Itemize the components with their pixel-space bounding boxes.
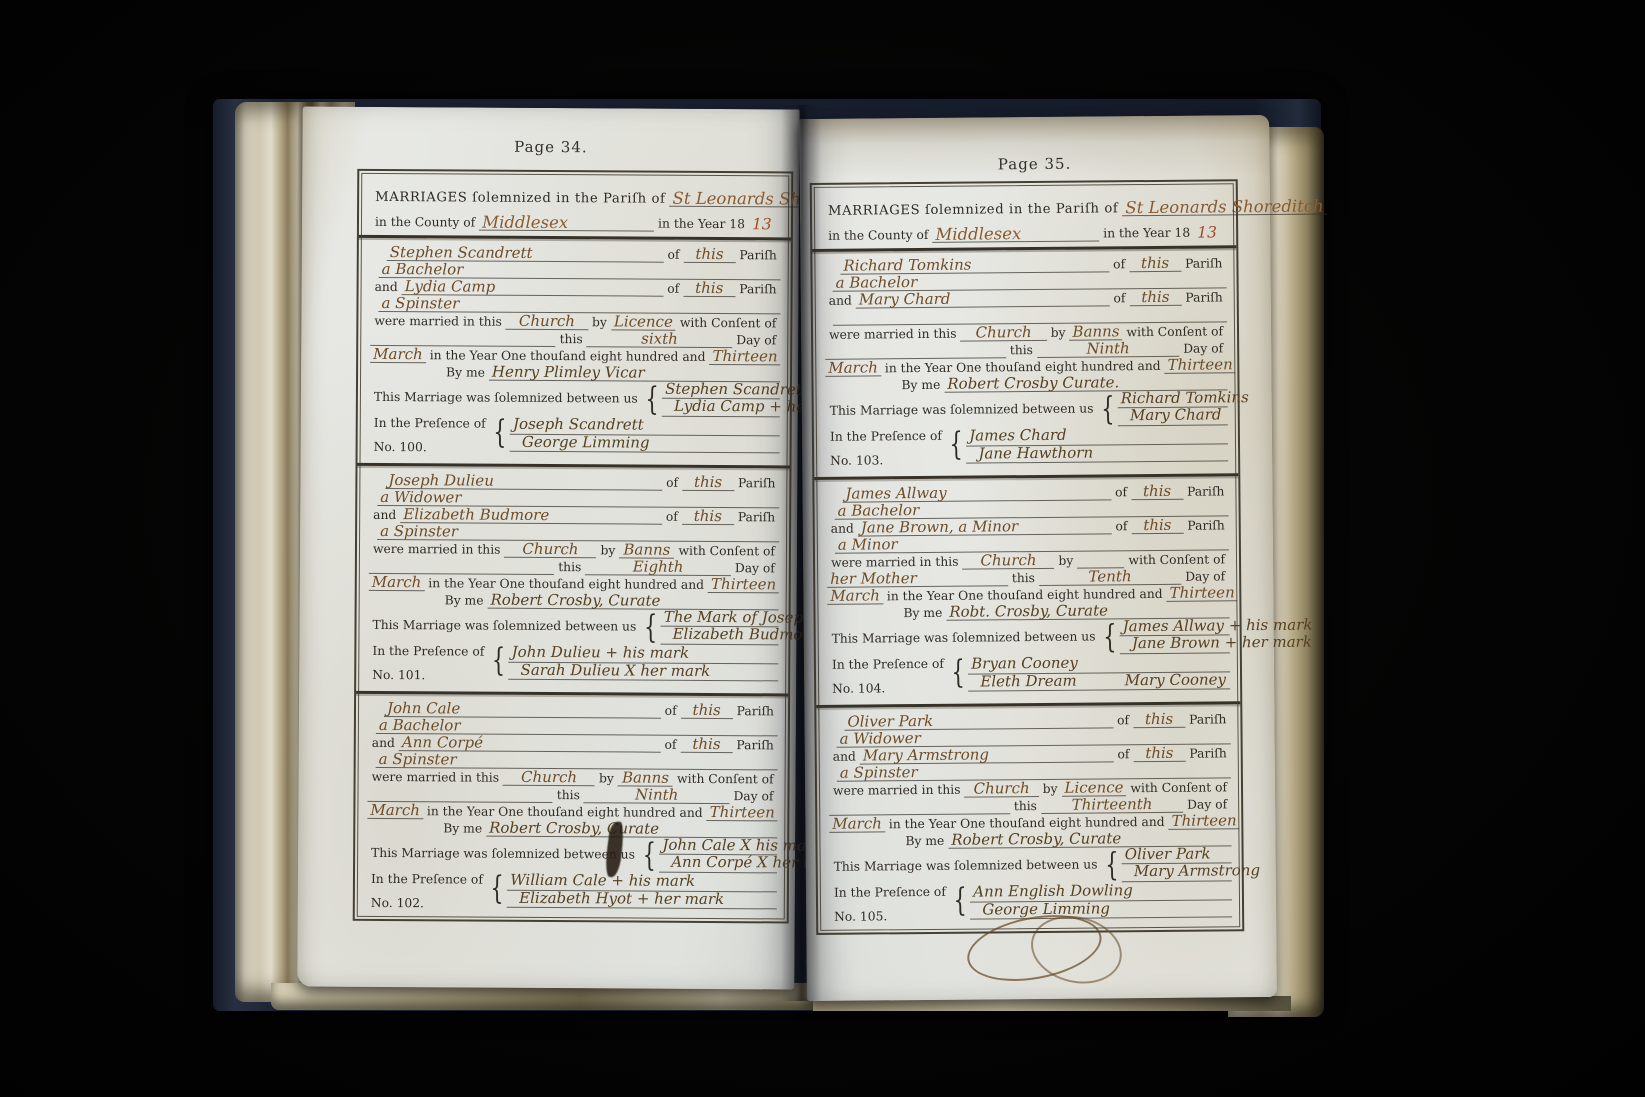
witness-2-signature: Jane Hawthorn [966, 444, 1228, 464]
marriage-entry: John Cale of this Pariſh a Bachelor and … [355, 691, 788, 922]
entry-number: No. 102. [367, 896, 487, 912]
groom-status-handwriting: a Widower [377, 490, 464, 507]
header-printed-text: MARRIAGES ſolemnized in the Pariſh of [824, 201, 1123, 219]
presence-label: In the Preſence of [830, 885, 950, 901]
by-method-handwriting: Banns [619, 542, 674, 558]
groom-line: James Allway of this Pariſh [826, 482, 1228, 503]
of-label: of [1111, 519, 1131, 534]
presence-left-column: In the Preſence of No. 104. [828, 657, 948, 698]
and-label: and [829, 750, 860, 765]
married-line: were married in this Church by Banns wit… [369, 540, 779, 560]
witness-signatures: Joseph Scandrett George Limming [510, 417, 780, 454]
month-handwriting: March [369, 575, 425, 591]
bride-status-handwriting: a Spinster [376, 752, 460, 769]
parish-label: Pariſh [1185, 746, 1230, 761]
married-in-label: were married in this [829, 783, 965, 799]
this-handwriting: this [681, 703, 733, 719]
this-handwriting: this [682, 509, 734, 525]
photo-background: Page 34. MARRIAGES ſolemnized in the Par… [0, 0, 1645, 1097]
marriage-entry: James Allway of this Pariſh a Bachelor a… [814, 473, 1240, 705]
curly-brace: { [953, 885, 966, 915]
presence-label: In the Preſence of [826, 429, 946, 445]
page-number: Page 34. [302, 136, 799, 157]
couple-signatures: John Cale X his mark Ann Corpé X her mar… [659, 837, 777, 873]
form-header: MARRIAGES ſolemnized in the Pariſh of St… [812, 181, 1237, 252]
by-label: by [1039, 782, 1062, 797]
church-handwriting: Church [964, 781, 1038, 798]
curly-brace: { [493, 417, 506, 447]
consent-label: with Conſent of [673, 772, 778, 788]
day-handwriting: sixth [587, 331, 733, 348]
by-me-label: By me [901, 834, 948, 849]
bride-status-handwriting: a Spinster [837, 765, 921, 782]
curly-brace: { [645, 384, 658, 414]
groom-name-handwriting: Oliver Park [844, 714, 936, 731]
solemnized-label: This Marriage was ſolemnized between us [830, 857, 1102, 874]
groom-name-handwriting: John Cale [384, 701, 463, 717]
day-handwriting: Thirteenth [1041, 797, 1183, 814]
this-handwriting: this [682, 475, 734, 491]
of-label: of [663, 282, 683, 297]
form-header: MARRIAGES ſolemnized in the Pariſh of St… [359, 171, 791, 241]
this-handwriting: this [683, 281, 735, 297]
this-label: this [1010, 799, 1041, 814]
of-label: of [661, 704, 681, 719]
presence-line: In the Preſence of No. 102. { William Ca… [367, 872, 777, 915]
parish-label: Pariſh [733, 704, 778, 719]
consent-label: with Conſent of [1124, 552, 1229, 568]
church-handwriting: Church [960, 325, 1046, 342]
groom-line: Oliver Park of this Pariſh [828, 710, 1230, 731]
day-of-label: Day of [729, 789, 777, 804]
couple-signatures: James Allway + his mark Jane Brown + her… [1120, 618, 1230, 654]
this-label: this [553, 788, 584, 803]
witness-2-name: Sarah Dulieu X her mark [521, 660, 711, 679]
entry-number: No. 101. [368, 668, 488, 684]
day-handwriting: Tenth [1039, 569, 1181, 586]
month-handwriting: March [827, 588, 883, 604]
this-handwriting: this [683, 247, 735, 263]
page-number: Page 35. [799, 153, 1269, 175]
bride-signature: Elizabeth Budmore + her mark [661, 627, 779, 645]
entry-number: No. 100. [370, 440, 490, 456]
parish-label: Pariſh [734, 476, 779, 491]
curly-brace: { [949, 429, 962, 459]
witness-3-name: Mary Cooney [1125, 670, 1226, 689]
presence-label: In the Preſence of [368, 644, 488, 660]
year-word-handwriting: Thirteen [708, 577, 779, 593]
bride-status-handwriting: a Spinster [377, 524, 461, 541]
groom-line: Richard Tomkins of this Pariſh [824, 254, 1226, 275]
bride-signature: Jane Brown + her mark [1120, 635, 1230, 653]
married-line: were married in this Church by Banns wit… [368, 768, 778, 788]
bride-line: and Jane Brown, a Minor of this Pariſh [827, 516, 1229, 537]
county-label: in the County of [824, 228, 932, 244]
this-handwriting: this [1131, 484, 1183, 500]
curly-brace: { [492, 645, 505, 675]
and-label: and [825, 294, 856, 309]
groom-status-handwriting: a Bachelor [376, 718, 464, 735]
year-label: in the Year 18 [654, 217, 749, 233]
entries-left: Stephen Scandrett of this Pariſh a Bache… [355, 238, 791, 922]
by-label: by [1047, 326, 1070, 341]
consent-day-line: this Eighth Day of [369, 557, 779, 577]
this-label: this [554, 560, 585, 575]
curly-brace: { [1105, 849, 1118, 879]
this-handwriting: this [1131, 518, 1183, 534]
day-handwriting: Eighth [585, 559, 731, 576]
bride-status-handwriting: a Spinster [378, 296, 462, 313]
entries-right: Richard Tomkins of this Pariſh a Bachelo… [812, 248, 1242, 933]
parish-label: Pariſh [732, 738, 777, 753]
curly-brace: { [1101, 393, 1114, 423]
and-label: and [827, 522, 858, 537]
married-line: were married in this Church by Licence w… [370, 312, 780, 332]
marriage-entry: Stephen Scandrett of this Pariſh a Bache… [358, 238, 791, 466]
witness-signatures: Bryan Cooney Eleth DreamMary Cooney [968, 654, 1230, 691]
witness-2-signature: Sarah Dulieu X her mark [509, 662, 779, 681]
header-line-county-year: in the County of Middlesex in the Year 1… [824, 215, 1226, 244]
solemnized-line: This Marriage was ſolemnized between us … [367, 836, 777, 873]
witness-2-signature: Eleth DreamMary Cooney [968, 672, 1230, 692]
groom-name-handwriting: James Allway [842, 486, 949, 503]
solemnized-label: This Marriage was ſolemnized between us [367, 845, 639, 862]
witness-signatures: John Dulieu + his mark Sarah Dulieu X he… [509, 645, 779, 682]
and-label: and [369, 508, 400, 523]
parish-label: Pariſh [1183, 484, 1228, 499]
married-in-label: were married in this [370, 314, 506, 330]
blank-line [571, 230, 654, 232]
couple-signatures: Richard Tomkins Mary Chard [1118, 390, 1228, 426]
day-of-label: Day of [731, 561, 779, 576]
witness-2-name: George Limming [982, 899, 1110, 918]
year-word-handwriting: Thirteen [707, 805, 778, 821]
month-handwriting: March [829, 816, 885, 832]
presence-line: In the Preſence of No. 103. { James Char… [826, 426, 1228, 470]
year-handwriting: 13 [749, 217, 781, 232]
county-label: in the County of [371, 215, 479, 231]
marriage-register-book: Page 34. MARRIAGES ſolemnized in the Par… [213, 93, 1321, 1015]
consent-label: with Conſent of [676, 316, 781, 332]
parish-label: Pariſh [1185, 712, 1230, 727]
couple-signatures: The Mark of Joseph Dulieu Elizabeth Budm… [661, 609, 779, 645]
bride-status-line: a Spinster [370, 295, 780, 315]
by-method-handwriting: Licence [611, 314, 676, 330]
curly-brace: { [642, 840, 655, 870]
consent-label: with Conſent of [1122, 324, 1227, 340]
this-handwriting: this [680, 737, 732, 753]
presence-label: In the Preſence of [367, 872, 487, 888]
presence-left-column: In the Preſence of No. 105. [830, 885, 950, 926]
this-label: this [556, 332, 587, 347]
county-handwriting: Middlesex [932, 226, 1024, 243]
of-label: of [1111, 485, 1131, 500]
married-in-label: were married in this [369, 542, 505, 558]
consent-day-line: this Ninth Day of [367, 785, 777, 805]
bride-signature: Ann Corpé X her mark [659, 855, 777, 873]
by-label: by [1054, 554, 1077, 569]
entry-number: No. 104. [828, 681, 948, 697]
header-printed-text: MARRIAGES ſolemnized in the Pariſh of [371, 190, 669, 207]
married-line: were married in this Church by Licence w… [829, 778, 1231, 799]
witness-signatures: James Chard Jane Hawthorn [966, 426, 1228, 463]
of-label: of [1113, 713, 1133, 728]
year-word-handwriting: Thirteen [709, 349, 780, 365]
by-label: by [596, 543, 619, 558]
consent-by-handwriting: her Mother [827, 570, 1008, 588]
by-method-handwriting: Licence [1061, 780, 1126, 797]
marriage-form: MARRIAGES ſolemnized in the Pariſh of St… [353, 169, 794, 924]
parish-label: Pariſh [735, 282, 780, 297]
presence-left-column: In the Preſence of No. 101. [368, 644, 488, 685]
marriage-form: MARRIAGES ſolemnized in the Pariſh of St… [810, 179, 1245, 935]
by-me-label: By me [442, 365, 489, 380]
register-page-right: Page 35. MARRIAGES ſolemnized in the Par… [799, 115, 1277, 1001]
witness-2-signature: George Limming [510, 434, 780, 453]
by-method-handwriting: Banns [1069, 324, 1122, 340]
parish-label: Pariſh [1181, 290, 1226, 305]
header-line-parish: MARRIAGES ſolemnized in the Pariſh of St… [371, 180, 781, 208]
parish-label: Pariſh [1183, 518, 1228, 533]
parish-label: Pariſh [734, 510, 779, 525]
of-label: of [662, 476, 682, 491]
presence-left-column: In the Preſence of No. 100. [370, 416, 490, 457]
solemnized-label: This Marriage was ſolemnized between us [368, 617, 640, 634]
day-of-label: Day of [732, 333, 780, 348]
of-label: of [662, 510, 682, 525]
witness-2-name: Jane Hawthorn [978, 443, 1093, 462]
bride-status-handwriting: a Minor [835, 537, 901, 554]
witness-2-name: Elizabeth Hyot + her mark [519, 888, 724, 907]
year-word-handwriting: Thirteen [1165, 357, 1236, 374]
this-label: this [1008, 571, 1039, 586]
marriage-entry: Joseph Dulieu of this Pariſh a Widower a… [356, 463, 789, 694]
witness-2-signature: Elizabeth Hyot + her mark [507, 890, 777, 909]
month-handwriting: March [367, 803, 423, 819]
married-line: were married in this Church by with Conſ… [827, 550, 1229, 571]
witness-2-name: Eleth Dream [980, 671, 1076, 690]
curly-brace: { [951, 657, 964, 687]
month-handwriting: March [825, 360, 881, 376]
solemnized-line: This Marriage was ſolemnized between us … [826, 390, 1228, 428]
register-page-left: Page 34. MARRIAGES ſolemnized in the Par… [297, 106, 799, 989]
solemnized-line: This Marriage was ſolemnized between us … [370, 380, 780, 417]
presence-label: In the Preſence of [370, 416, 490, 432]
parish-name-handwriting: St Leonards Shoreditch [1122, 198, 1326, 216]
year-handwriting: 13 [1194, 225, 1226, 240]
presence-left-column: In the Preſence of No. 103. [826, 429, 946, 470]
presence-label: In the Preſence of [828, 657, 948, 673]
year-label: in the Year 18 [1099, 226, 1194, 242]
solemnized-line: This Marriage was ſolemnized between us … [830, 846, 1232, 884]
and-label: and [371, 280, 402, 295]
presence-line: In the Preſence of No. 104. { Bryan Coon… [828, 654, 1230, 698]
bride-name-handwriting: Mary Armstrong [860, 747, 992, 764]
witness-signatures: William Cale + his mark Elizabeth Hyot +… [507, 873, 777, 910]
by-me-label: By me [441, 593, 488, 608]
bride-signature: Mary Armstrong [1122, 863, 1232, 881]
entry-number: No. 105. [830, 909, 950, 925]
bride-name-handwriting: Jane Brown, a Minor [858, 519, 1021, 536]
church-handwriting: Church [506, 314, 588, 331]
groom-status-handwriting: a Bachelor [379, 262, 467, 279]
of-label: of [1109, 257, 1129, 272]
bride-line: and Mary Armstrong of this Pariſh [829, 744, 1231, 765]
bride-signature: Lydia Camp + her mark [662, 399, 780, 417]
married-line: were married in this Church by Banns wit… [825, 322, 1227, 343]
presence-line: In the Preſence of No. 105. { Ann Englis… [830, 882, 1232, 926]
month-handwriting: March [370, 347, 426, 363]
bride-status-line: a Spinster [829, 761, 1231, 782]
solemnized-label: This Marriage was ſolemnized between us [828, 629, 1100, 646]
by-me-label: By me [899, 606, 946, 621]
header-line-parish: MARRIAGES ſolemnized in the Pariſh of St… [824, 190, 1226, 219]
marriage-entry: Richard Tomkins of this Pariſh a Bachelo… [812, 248, 1238, 477]
marriage-entry: Oliver Park of this Pariſh a Widower and… [816, 701, 1242, 933]
parish-label: Pariſh [1181, 256, 1226, 271]
curly-brace: { [490, 873, 503, 903]
married-in-label: were married in this [368, 770, 504, 786]
by-method-handwriting: Banns [618, 770, 673, 786]
presence-left-column: In the Preſence of No. 102. [367, 872, 487, 913]
county-handwriting: Middlesex [479, 215, 571, 232]
church-handwriting: Church [962, 553, 1054, 570]
year-word-handwriting: Thirteen [1167, 585, 1238, 602]
witness-signatures: Ann English Dowling George Limming [970, 882, 1232, 919]
consent-label: with Conſent of [674, 544, 779, 560]
witness-2-signature: George Limming [970, 900, 1232, 920]
of-label: of [1113, 747, 1133, 762]
by-label: by [595, 771, 618, 786]
witness-2-name: George Limming [522, 432, 650, 451]
header-line-county-year: in the County of Middlesex in the Year 1… [371, 205, 781, 233]
this-handwriting: this [1129, 256, 1181, 272]
this-handwriting: this [1133, 746, 1185, 762]
solemnized-line: This Marriage was ſolemnized between us … [828, 618, 1230, 656]
curly-brace: { [644, 612, 657, 642]
and-label: and [368, 736, 399, 751]
entry-number: No. 103. [826, 453, 946, 469]
by-me-label: By me [439, 821, 486, 836]
blank-line [1024, 240, 1099, 242]
by-label: by [588, 315, 611, 330]
consent-label: with Conſent of [1126, 780, 1231, 796]
this-label: this [1006, 343, 1037, 358]
of-label: of [1109, 291, 1129, 306]
consent-day-line: this sixth Day of [370, 329, 780, 349]
curly-brace: { [1103, 621, 1116, 651]
solemnized-label: This Marriage was ſolemnized between us [370, 389, 642, 406]
year-word-handwriting: Thirteen [1169, 813, 1240, 830]
couple-signatures: Oliver Park Mary Armstrong [1122, 846, 1232, 882]
by-me-label: By me [897, 378, 944, 393]
bride-name-handwriting: Ann Corpé [399, 735, 486, 752]
solemnized-line: This Marriage was ſolemnized between us … [368, 608, 778, 645]
this-handwriting: this [1129, 290, 1181, 306]
church-handwriting: Church [504, 542, 596, 559]
bride-name-handwriting: Mary Chard [856, 292, 954, 309]
this-handwriting: this [1133, 712, 1185, 728]
parish-label: Pariſh [735, 248, 780, 263]
of-label: of [663, 248, 683, 263]
day-handwriting: Ninth [584, 787, 730, 804]
of-label: of [660, 738, 680, 753]
couple-signatures: Stephen Scandrett Lydia Camp + her mark [662, 381, 780, 417]
married-in-label: were married in this [825, 327, 961, 343]
bride-signature: Mary Chard [1118, 407, 1228, 425]
presence-line: In the Preſence of No. 101. { John Dulie… [368, 644, 778, 687]
day-handwriting: Ninth [1037, 341, 1179, 358]
solemnized-label: This Marriage was ſolemnized between us [826, 401, 1098, 418]
presence-line: In the Preſence of No. 100. { Joseph Sca… [370, 416, 780, 459]
bride-line: and Mary Chard of this Pariſh [825, 288, 1227, 309]
church-handwriting: Church [503, 770, 595, 787]
